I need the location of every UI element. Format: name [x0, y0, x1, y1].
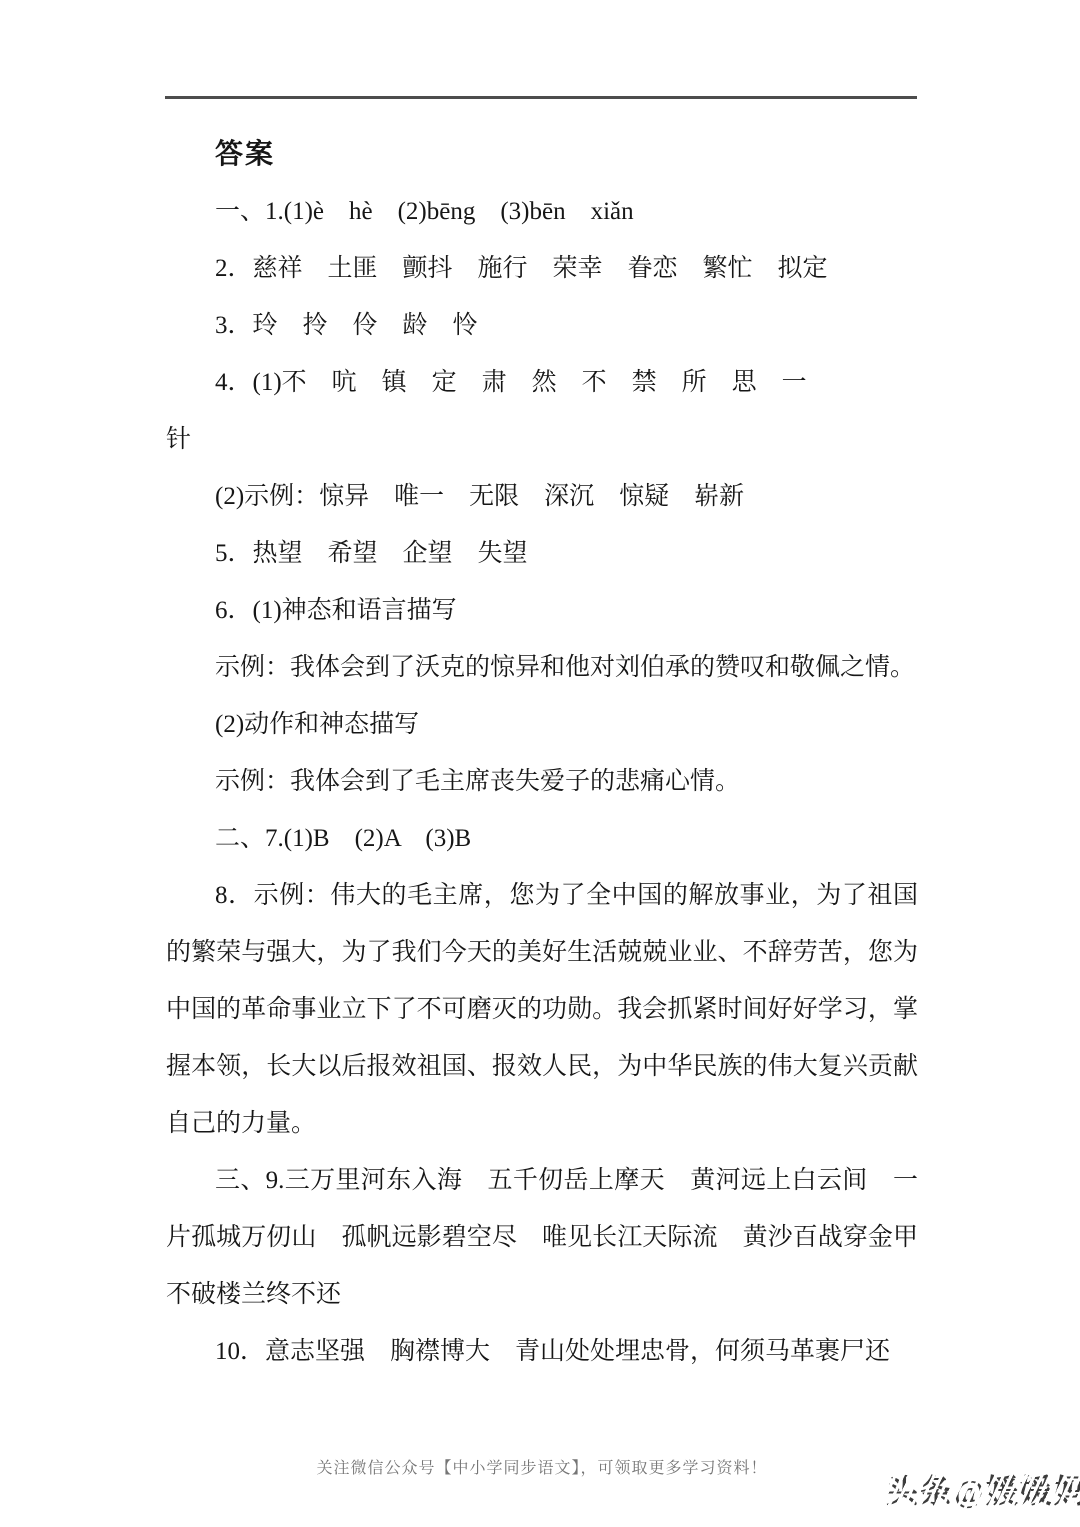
- answer-paragraph: 三、9.三万里河东入海 五千仞岳上摩天 黄河远上白云间 一片孤城万仞山 孤帆远影…: [166, 1152, 918, 1323]
- answer-paragraph: 10．意志坚强 胸襟博大 青山处处埋忠骨，何须马革裹尸还: [166, 1323, 918, 1380]
- answer-paragraph: 3．玲 拎 伶 龄 怜: [166, 297, 918, 354]
- toutiao-watermark: 头条@媛媛妈: [886, 1466, 1080, 1512]
- answer-paragraph: 二、7.(1)B (2)A (3)B: [166, 810, 918, 867]
- answer-paragraph: 示例：我体会到了毛主席丧失爱子的悲痛心情。: [166, 753, 918, 810]
- worksheet-answer-page: 答案 一、1.(1)è hè (2)bēng (3)bēn xiǎn 2．慈祥 …: [0, 0, 1080, 1527]
- answer-paragraph: 4．(1)不 吭 镇 定 肃 然 不 禁 所 思 一: [166, 354, 918, 411]
- answer-paragraph: 5．热望 希望 企望 失望: [166, 525, 918, 582]
- answer-paragraph: 6．(1)神态和语言描写: [166, 582, 918, 639]
- wechat-notice: 关注微信公众号【中小学同步语文】，可领取更多学习资料！: [166, 1458, 918, 1480]
- answer-paragraph: 8．示例：伟大的毛主席，您为了全中国的解放事业，为了祖国的繁荣与强大，为了我们今…: [166, 867, 918, 1152]
- top-divider-line: [165, 96, 917, 99]
- answer-paragraph: 一、1.(1)è hè (2)bēng (3)bēn xiǎn: [166, 183, 918, 240]
- answers-heading: 答案: [166, 126, 918, 183]
- answer-paragraph: 示例：我体会到了沃克的惊异和他对刘伯承的赞叹和敬佩之情。: [166, 639, 918, 696]
- answer-paragraph: (2)示例：惊异 唯一 无限 深沉 惊疑 崭新: [166, 468, 918, 525]
- answer-paragraph: 2．慈祥 土匪 颤抖 施行 荣幸 眷恋 繁忙 拟定: [166, 240, 918, 297]
- answers-section: 答案 一、1.(1)è hè (2)bēng (3)bēn xiǎn 2．慈祥 …: [166, 126, 918, 1380]
- answer-paragraph-continuation: 针: [166, 411, 918, 468]
- answer-paragraph: (2)动作和神态描写: [166, 696, 918, 753]
